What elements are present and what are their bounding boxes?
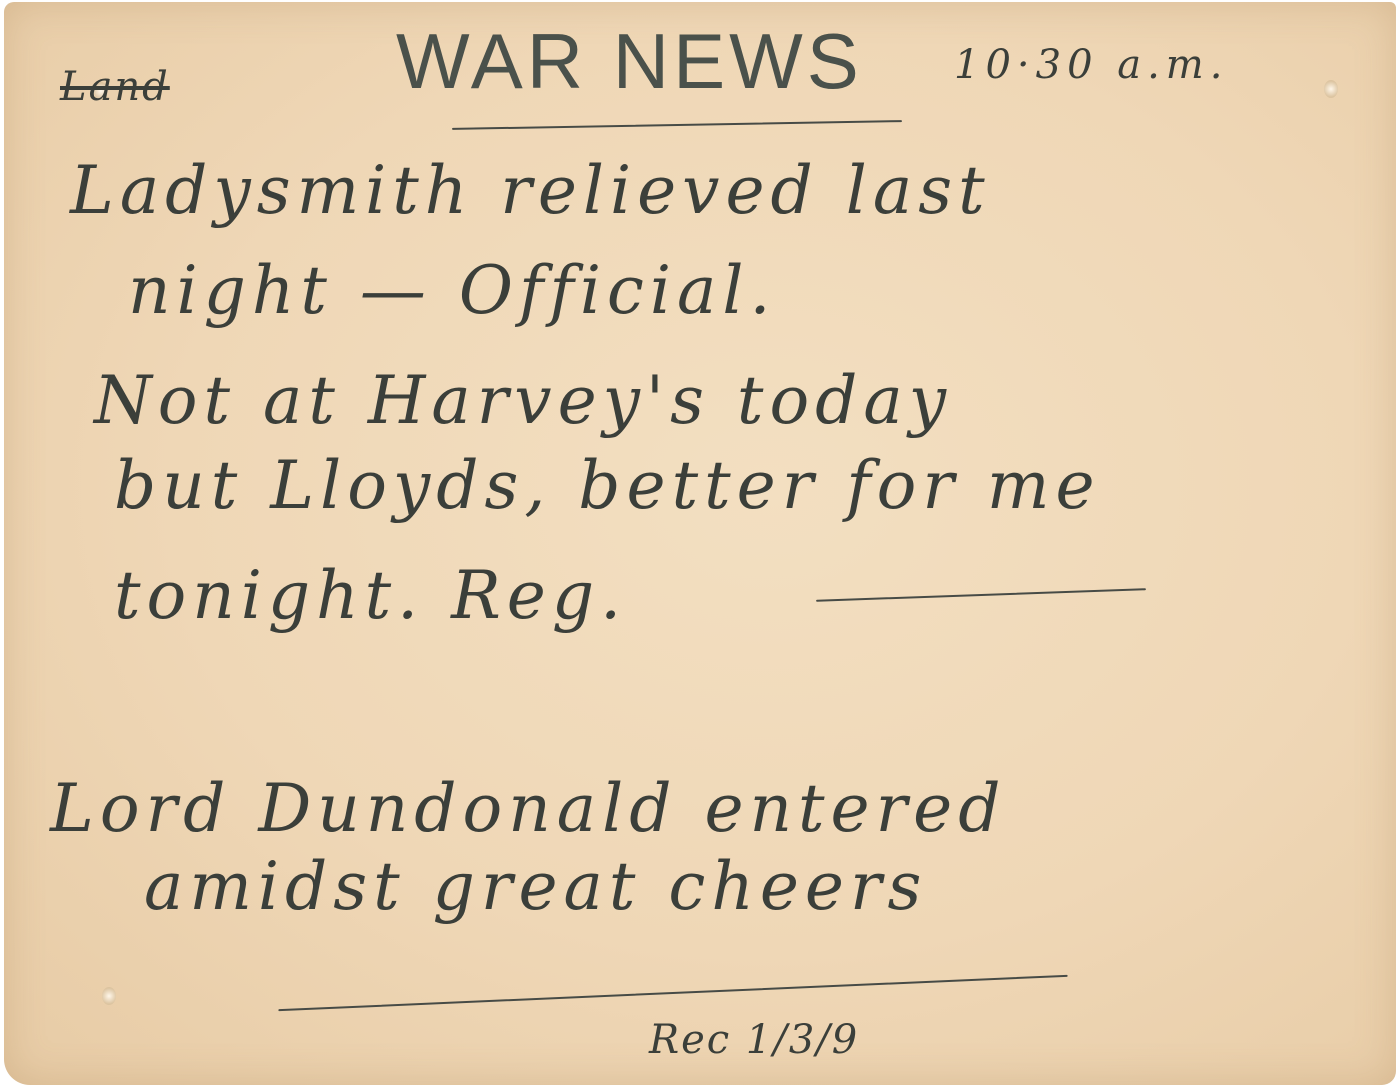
body-line: night — Official.: [128, 252, 776, 329]
paper-hole: [1324, 80, 1338, 98]
body-line: Ladysmith relieved last: [70, 152, 991, 229]
paper-hole: [102, 987, 116, 1005]
note-title: WAR NEWS: [396, 16, 863, 107]
body-line: tonight. Reg.: [114, 557, 627, 634]
note-time: 10·30 a.m.: [954, 42, 1228, 88]
footer-annotation: Rec 1/3/9: [649, 1017, 859, 1063]
struck-word: Land: [60, 64, 170, 110]
paper-card: Land WAR NEWS 10·30 a.m. Ladysmith relie…: [4, 2, 1396, 1085]
body-line: but Lloyds, better for me: [114, 447, 1101, 524]
title-underline: [452, 120, 902, 130]
signature-rule: [816, 588, 1146, 602]
footer-rule: [278, 975, 1067, 1011]
body-line: Not at Harvey's today: [94, 362, 952, 439]
postscript-line: amidst great cheers: [144, 848, 927, 925]
postscript-line: Lord Dundonald entered: [50, 770, 1006, 847]
